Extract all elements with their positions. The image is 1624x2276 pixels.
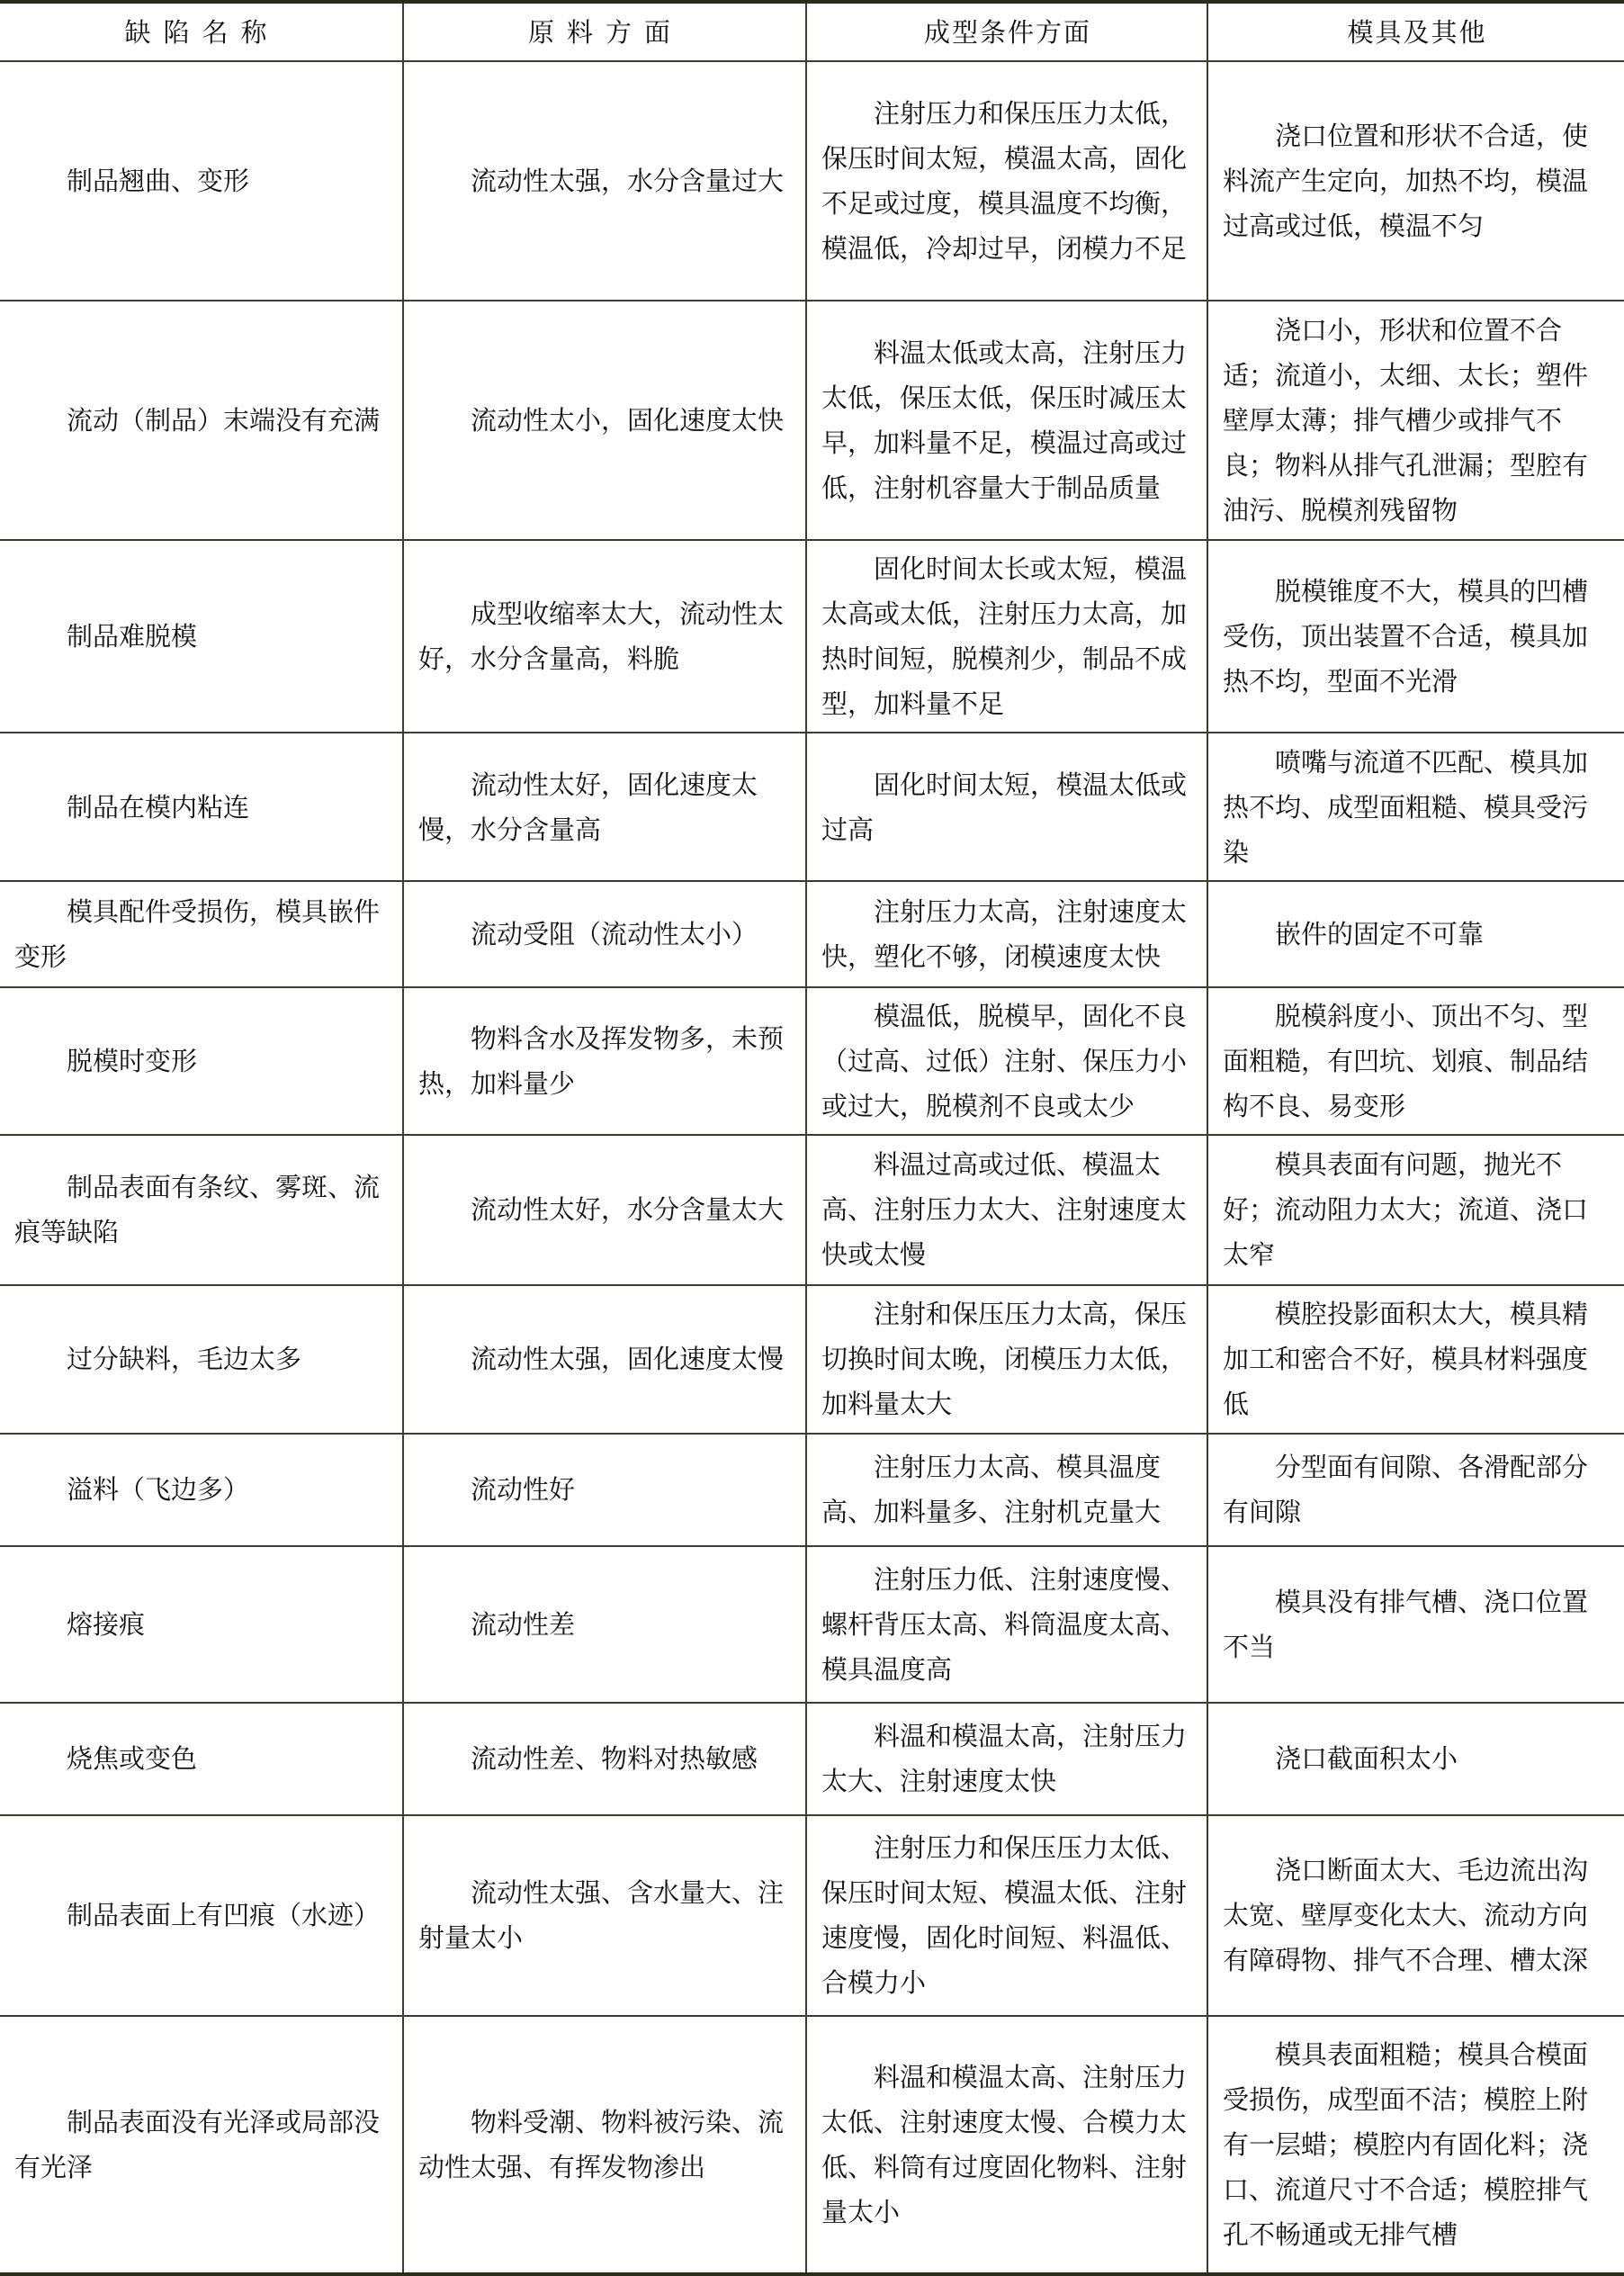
mold-cause: 模具表面粗糙；模具合模面受损伤，成型面不洁；模腔上附有一层蜡；模腔内有固化料；浇… bbox=[1223, 2032, 1611, 2257]
defect-name-cell: 溢料（飞边多） bbox=[0, 1434, 403, 1546]
header-defect-name: 缺陷名称 bbox=[0, 2, 403, 61]
mold-cell: 分型面有间隙、各滑配部分有间隙 bbox=[1207, 1434, 1624, 1546]
defect-name-cell: 过分缺料，毛边太多 bbox=[0, 1285, 403, 1434]
material-cause: 流动性差 bbox=[418, 1602, 793, 1647]
table-row: 脱模时变形 物料含水及挥发物多，未预热，加料量少 模温低，脱模早，固化不良（过高… bbox=[0, 987, 1624, 1135]
material-cell: 流动受阻（流动性太小） bbox=[403, 881, 806, 987]
conditions-cell: 注射压力太高、模具温度高、加料量多、注射机克量大 bbox=[806, 1434, 1207, 1546]
defect-causes-table: 缺陷名称 原料方面 成型条件方面 模具及其他 制品翘曲、变形 流动性太强，水分含… bbox=[0, 0, 1624, 2276]
defect-name: 制品表面有条纹、雾斑、流痕等缺陷 bbox=[14, 1165, 390, 1255]
defect-name-cell: 熔接痕 bbox=[0, 1546, 403, 1703]
material-cell: 物料含水及挥发物多，未预热，加料量少 bbox=[403, 987, 806, 1135]
material-cell: 流动性太好，固化速度太慢，水分含量高 bbox=[403, 733, 806, 881]
material-cause: 物料受潮、物料被污染、流动性太强、有挥发物渗出 bbox=[418, 2100, 793, 2190]
defect-name: 制品表面上有凹痕（水迹） bbox=[14, 1893, 390, 1938]
table-row: 制品表面有条纹、雾斑、流痕等缺陷 流动性太好，水分含量太大 料温过高或过低、模温… bbox=[0, 1135, 1624, 1284]
conditions-cause: 注射和保压压力太高，保压切换时间太晚，闭模压力太低，加料量太大 bbox=[821, 1291, 1194, 1426]
conditions-cause: 注射压力太高，注射速度太快，塑化不够，闭模速度太快 bbox=[821, 889, 1194, 979]
defect-name-cell: 制品表面有条纹、雾斑、流痕等缺陷 bbox=[0, 1135, 403, 1284]
mold-cell: 模具没有排气槽、浇口位置不当 bbox=[1207, 1546, 1624, 1703]
defect-name: 模具配件受损伤，模具嵌件变形 bbox=[14, 889, 390, 979]
conditions-cell: 注射压力和保压压力太低、保压时间太短、模温太低、注射速度慢，固化时间短、料温低、… bbox=[806, 1815, 1207, 2016]
conditions-cause: 注射压力和保压压力太低、保压时间太短、模温太低、注射速度慢，固化时间短、料温低、… bbox=[821, 1825, 1194, 2005]
conditions-cause: 固化时间太短，模温太低或过高 bbox=[821, 762, 1194, 852]
material-cell: 流动性差 bbox=[403, 1546, 806, 1703]
mold-cause: 脱模斜度小、顶出不匀、型面粗糙，有凹坑、划痕、制品结构不良、易变形 bbox=[1223, 994, 1611, 1129]
header-molding-conditions: 成型条件方面 bbox=[806, 2, 1207, 61]
defect-name-cell: 制品难脱模 bbox=[0, 540, 403, 733]
mold-cell: 嵌件的固定不可靠 bbox=[1207, 881, 1624, 987]
table-row: 制品在模内粘连 流动性太好，固化速度太慢，水分含量高 固化时间太短，模温太低或过… bbox=[0, 733, 1624, 881]
conditions-cell: 料温和模温太高，注射压力太大、注射速度太快 bbox=[806, 1703, 1207, 1815]
conditions-cell: 料温和模温太高、注射压力太低、注射速度太慢、合模力太低、料筒有过度固化物料、注射… bbox=[806, 2016, 1207, 2274]
material-cell: 流动性太好，水分含量太大 bbox=[403, 1135, 806, 1284]
material-cause: 流动性太好，固化速度太慢，水分含量高 bbox=[418, 762, 793, 852]
mold-cell: 模具表面有问题，抛光不好；流动阻力太大；流道、浇口太窄 bbox=[1207, 1135, 1624, 1284]
mold-cell: 喷嘴与流道不匹配、模具加热不均、成型面粗糙、模具受污染 bbox=[1207, 733, 1624, 881]
conditions-cause: 料温和模温太高、注射压力太低、注射速度太慢、合模力太低、料筒有过度固化物料、注射… bbox=[821, 2055, 1194, 2235]
conditions-cause: 料温过高或过低、模温太高、注射压力太大、注射速度太快或太慢 bbox=[821, 1142, 1194, 1277]
conditions-cause: 注射压力和保压压力太低，保压时间太短，模温太高，固化不足或过度，模具温度不均衡，… bbox=[821, 91, 1194, 271]
material-cause: 流动性太小，固化速度太快 bbox=[418, 398, 793, 443]
mold-cell: 浇口截面积太小 bbox=[1207, 1703, 1624, 1815]
defect-name: 制品在模内粘连 bbox=[14, 785, 390, 830]
mold-cell: 模腔投影面积太大，模具精加工和密合不好，模具材料强度低 bbox=[1207, 1285, 1624, 1434]
conditions-cause: 模温低，脱模早，固化不良（过高、过低）注射、保压力小或过大，脱模剂不良或太少 bbox=[821, 994, 1194, 1129]
mold-cause: 浇口位置和形状不合适，使料流产生定向，加热不均，模温过高或过低，模温不匀 bbox=[1223, 113, 1611, 248]
mold-cell: 浇口位置和形状不合适，使料流产生定向，加热不均，模温过高或过低，模温不匀 bbox=[1207, 61, 1624, 301]
mold-cell: 脱模锥度不大，模具的凹槽受伤，顶出装置不合适，模具加热不均，型面不光滑 bbox=[1207, 540, 1624, 733]
mold-cause: 模具没有排气槽、浇口位置不当 bbox=[1223, 1579, 1611, 1669]
defect-name: 溢料（飞边多） bbox=[14, 1467, 390, 1512]
conditions-cause: 料温太低或太高，注射压力太低，保压太低，保压时减压太早，加料量不足，模温过高或过… bbox=[821, 330, 1194, 510]
defect-name: 流动（制品）末端没有充满 bbox=[14, 398, 390, 443]
material-cell: 成型收缩率太大，流动性太好，水分含量高，料脆 bbox=[403, 540, 806, 733]
material-cell: 流动性好 bbox=[403, 1434, 806, 1546]
conditions-cell: 注射压力太高，注射速度太快，塑化不够，闭模速度太快 bbox=[806, 881, 1207, 987]
material-cause: 流动性太强，固化速度太慢 bbox=[418, 1336, 793, 1381]
material-cell: 流动性太强、含水量大、注射量太小 bbox=[403, 1815, 806, 2016]
header-mold-and-other: 模具及其他 bbox=[1207, 2, 1624, 61]
table-row: 熔接痕 流动性差 注射压力低、注射速度慢、螺杆背压太高、料筒温度太高、模具温度高… bbox=[0, 1546, 1624, 1703]
conditions-cell: 注射压力低、注射速度慢、螺杆背压太高、料筒温度太高、模具温度高 bbox=[806, 1546, 1207, 1703]
material-cause: 流动性太强，水分含量过大 bbox=[418, 158, 793, 203]
defect-name-cell: 制品表面上有凹痕（水迹） bbox=[0, 1815, 403, 2016]
conditions-cell: 注射压力和保压压力太低，保压时间太短，模温太高，固化不足或过度，模具温度不均衡，… bbox=[806, 61, 1207, 301]
mold-cause: 嵌件的固定不可靠 bbox=[1223, 912, 1611, 957]
table-row: 制品翘曲、变形 流动性太强，水分含量过大 注射压力和保压压力太低，保压时间太短，… bbox=[0, 61, 1624, 301]
defect-name-cell: 模具配件受损伤，模具嵌件变形 bbox=[0, 881, 403, 987]
mold-cause: 喷嘴与流道不匹配、模具加热不均、成型面粗糙、模具受污染 bbox=[1223, 740, 1611, 875]
material-cause: 物料含水及挥发物多，未预热，加料量少 bbox=[418, 1016, 793, 1106]
table-row: 流动（制品）末端没有充满 流动性太小，固化速度太快 料温太低或太高，注射压力太低… bbox=[0, 301, 1624, 540]
defect-name-cell: 流动（制品）末端没有充满 bbox=[0, 301, 403, 540]
conditions-cause: 固化时间太长或太短，模温太高或太低，注射压力太高，加热时间短，脱模剂少，制品不成… bbox=[821, 546, 1194, 726]
conditions-cell: 注射和保压压力太高，保压切换时间太晚，闭模压力太低，加料量太大 bbox=[806, 1285, 1207, 1434]
mold-cell: 模具表面粗糙；模具合模面受损伤，成型面不洁；模腔上附有一层蜡；模腔内有固化料；浇… bbox=[1207, 2016, 1624, 2274]
material-cause: 流动性好 bbox=[418, 1467, 793, 1512]
defect-name: 制品难脱模 bbox=[14, 614, 390, 659]
table-header-row: 缺陷名称 原料方面 成型条件方面 模具及其他 bbox=[0, 2, 1624, 61]
table-row: 烧焦或变色 流动性差、物料对热敏感 料温和模温太高，注射压力太大、注射速度太快 … bbox=[0, 1703, 1624, 1815]
conditions-cell: 料温过高或过低、模温太高、注射压力太大、注射速度太快或太慢 bbox=[806, 1135, 1207, 1284]
conditions-cell: 固化时间太长或太短，模温太高或太低，注射压力太高，加热时间短，脱模剂少，制品不成… bbox=[806, 540, 1207, 733]
material-cell: 流动性太强，水分含量过大 bbox=[403, 61, 806, 301]
mold-cell: 浇口小，形状和位置不合适；流道小，太细、太长；塑件壁厚太薄；排气槽少或排气不良；… bbox=[1207, 301, 1624, 540]
material-cause: 流动性太强、含水量大、注射量太小 bbox=[418, 1870, 793, 1960]
table-row: 制品难脱模 成型收缩率太大，流动性太好，水分含量高，料脆 固化时间太长或太短，模… bbox=[0, 540, 1624, 733]
mold-cell: 浇口断面太大、毛边流出沟太宽、壁厚变化太大、流动方向有障碍物、排气不合理、槽太深 bbox=[1207, 1815, 1624, 2016]
conditions-cause: 料温和模温太高，注射压力太大、注射速度太快 bbox=[821, 1714, 1194, 1804]
mold-cause: 浇口断面太大、毛边流出沟太宽、壁厚变化太大、流动方向有障碍物、排气不合理、槽太深 bbox=[1223, 1848, 1611, 1983]
material-cause: 成型收缩率太大，流动性太好，水分含量高，料脆 bbox=[418, 591, 793, 681]
mold-cause: 脱模锥度不大，模具的凹槽受伤，顶出装置不合适，模具加热不均，型面不光滑 bbox=[1223, 569, 1611, 704]
material-cause: 流动性差、物料对热敏感 bbox=[418, 1736, 793, 1781]
conditions-cell: 料温太低或太高，注射压力太低，保压太低，保压时减压太早，加料量不足，模温过高或过… bbox=[806, 301, 1207, 540]
defect-name-cell: 烧焦或变色 bbox=[0, 1703, 403, 1815]
conditions-cell: 固化时间太短，模温太低或过高 bbox=[806, 733, 1207, 881]
table-row: 溢料（飞边多） 流动性好 注射压力太高、模具温度高、加料量多、注射机克量大 分型… bbox=[0, 1434, 1624, 1546]
mold-cause: 模腔投影面积太大，模具精加工和密合不好，模具材料强度低 bbox=[1223, 1291, 1611, 1426]
material-cell: 流动性太小，固化速度太快 bbox=[403, 301, 806, 540]
material-cell: 流动性太强，固化速度太慢 bbox=[403, 1285, 806, 1434]
table-row: 制品表面上有凹痕（水迹） 流动性太强、含水量大、注射量太小 注射压力和保压压力太… bbox=[0, 1815, 1624, 2016]
mold-cause: 模具表面有问题，抛光不好；流动阻力太大；流道、浇口太窄 bbox=[1223, 1142, 1611, 1277]
conditions-cause: 注射压力低、注射速度慢、螺杆背压太高、料筒温度太高、模具温度高 bbox=[821, 1557, 1194, 1692]
defect-name-cell: 制品翘曲、变形 bbox=[0, 61, 403, 301]
conditions-cause: 注射压力太高、模具温度高、加料量多、注射机克量大 bbox=[821, 1444, 1194, 1534]
conditions-cell: 模温低，脱模早，固化不良（过高、过低）注射、保压力小或过大，脱模剂不良或太少 bbox=[806, 987, 1207, 1135]
defect-name-cell: 脱模时变形 bbox=[0, 987, 403, 1135]
material-cell: 物料受潮、物料被污染、流动性太强、有挥发物渗出 bbox=[403, 2016, 806, 2274]
mold-cause: 浇口小，形状和位置不合适；流道小，太细、太长；塑件壁厚太薄；排气槽少或排气不良；… bbox=[1223, 308, 1611, 533]
mold-cause: 浇口截面积太小 bbox=[1223, 1736, 1611, 1781]
defect-name: 制品表面没有光泽或局部没有光泽 bbox=[14, 2100, 390, 2190]
mold-cause: 分型面有间隙、各滑配部分有间隙 bbox=[1223, 1444, 1611, 1534]
material-cause: 流动性太好，水分含量太大 bbox=[418, 1187, 793, 1232]
header-material: 原料方面 bbox=[403, 2, 806, 61]
defect-name: 熔接痕 bbox=[14, 1602, 390, 1647]
defect-name-cell: 制品表面没有光泽或局部没有光泽 bbox=[0, 2016, 403, 2274]
table-row: 制品表面没有光泽或局部没有光泽 物料受潮、物料被污染、流动性太强、有挥发物渗出 … bbox=[0, 2016, 1624, 2274]
mold-cell: 脱模斜度小、顶出不匀、型面粗糙，有凹坑、划痕、制品结构不良、易变形 bbox=[1207, 987, 1624, 1135]
material-cause: 流动受阻（流动性太小） bbox=[418, 912, 793, 957]
material-cell: 流动性差、物料对热敏感 bbox=[403, 1703, 806, 1815]
table-row: 过分缺料，毛边太多 流动性太强，固化速度太慢 注射和保压压力太高，保压切换时间太… bbox=[0, 1285, 1624, 1434]
defect-name: 脱模时变形 bbox=[14, 1039, 390, 1084]
defect-name-cell: 制品在模内粘连 bbox=[0, 733, 403, 881]
defect-name: 制品翘曲、变形 bbox=[14, 158, 390, 203]
defect-name: 烧焦或变色 bbox=[14, 1736, 390, 1781]
table-row: 模具配件受损伤，模具嵌件变形 流动受阻（流动性太小） 注射压力太高，注射速度太快… bbox=[0, 881, 1624, 987]
defect-name: 过分缺料，毛边太多 bbox=[14, 1336, 390, 1381]
